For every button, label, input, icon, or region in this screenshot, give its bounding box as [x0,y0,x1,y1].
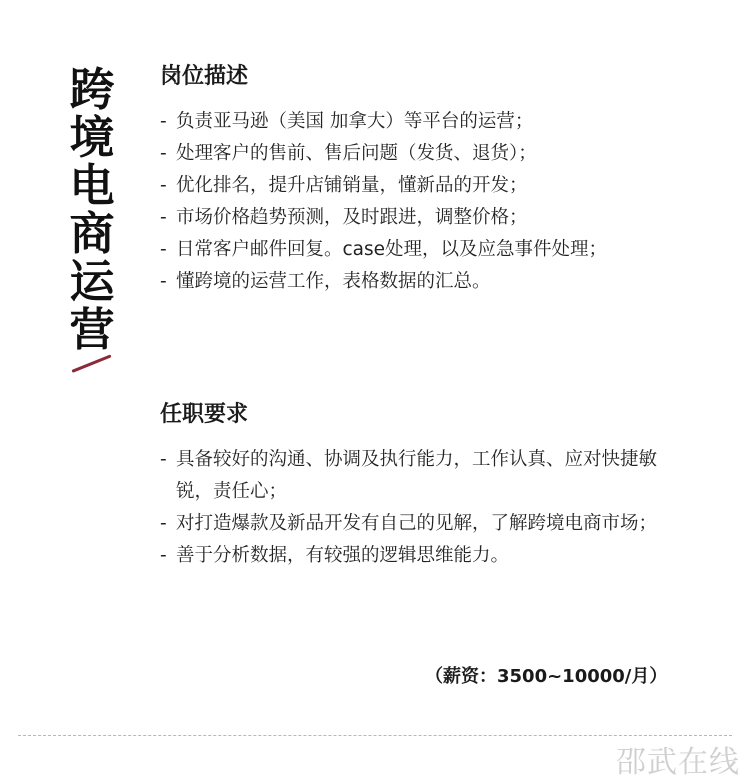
watermark: 邵武在线 [616,737,740,780]
job-description-section: 岗位描述 -负责亚马逊（美国 加拿大）等平台的运营； -处理客户的售前、售后问题… [160,62,680,298]
accent-slash [71,354,111,373]
list-item: -处理客户的售前、售后问题（发货、退货）； [160,138,680,170]
list-item: -懂跨境的运营工作，表格数据的汇总。 [160,266,680,298]
list-item: -优化排名，提升店铺销量，懂新品的开发； [160,170,680,202]
vertical-title-char: 境 [69,114,114,162]
vertical-title-char: 跨 [69,66,114,114]
section-title: 岗位描述 [160,62,680,92]
list-item: -对打造爆款及新品开发有自己的见解，了解跨境电商市场； [160,508,660,540]
list-item: -具备较好的沟通、协调及执行能力，工作认真、应对快捷敏锐，责任心； [160,444,660,508]
vertical-title-char: 营 [69,306,114,354]
list-item: -市场价格趋势预测，及时跟进，调整价格； [160,202,680,234]
requirements-section: 任职要求 -具备较好的沟通、协调及执行能力，工作认真、应对快捷敏锐，责任心； -… [160,400,660,572]
list-item: -负责亚马逊（美国 加拿大）等平台的运营； [160,106,680,138]
salary-text: （薪资：3500~10000/月） [425,662,667,688]
vertical-title-char: 商 [69,210,114,258]
vertical-title-char: 电 [69,162,114,210]
section-title: 任职要求 [160,400,660,430]
dashed-divider [18,735,732,736]
list-item: -善于分析数据，有较强的逻辑思维能力。 [160,540,660,572]
vertical-title-char: 运 [69,258,114,306]
vertical-title: 跨 境 电 商 运 营 [66,66,118,354]
list-item: -日常客户邮件回复。case处理，以及应急事件处理； [160,234,680,266]
